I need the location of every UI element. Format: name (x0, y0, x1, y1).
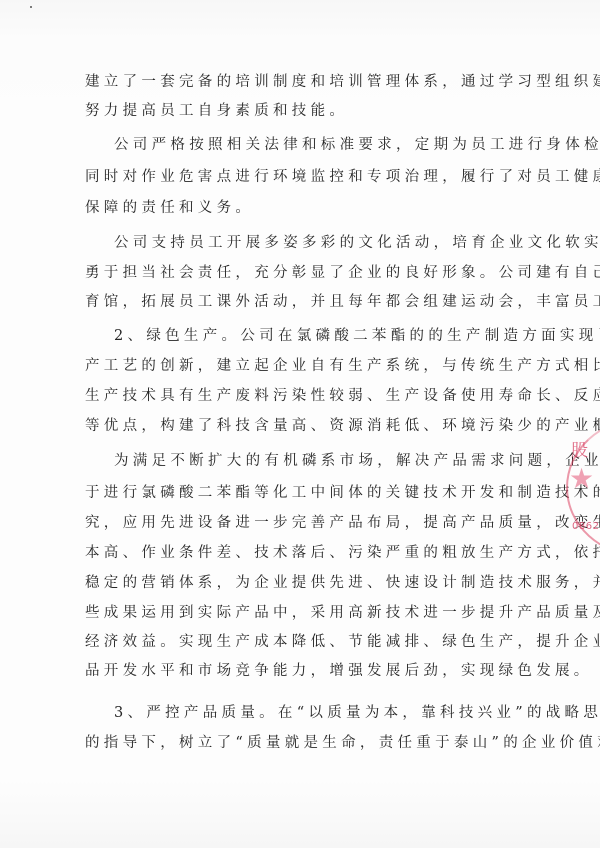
text-line: 些成果运用到实际产品中，采用高新技术进一步提升产品质量及提升 (85, 604, 600, 622)
text-line: 品开发水平和市场竞争能力，增强发展后劲，实现绿色发展。 (85, 662, 593, 680)
text-line: 于进行氯磷酸二苯酯等化工中间体的关键技术开发和制造技术的研 (85, 484, 600, 502)
text-line: 勇于担当社会责任，充分彰显了企业的良好形象。公司建有自己的体 (85, 264, 600, 282)
text-line: 同时对作业危害点进行环境监控和专项治理，履行了对员工健康进行 (85, 168, 600, 186)
text-line: 本高、作业条件差、技术落后、污染严重的粗放生产方式，依托企业 (85, 544, 600, 562)
text-line: 公司严格按照相关法律和标准要求，定期为员工进行身体检查， (114, 136, 600, 154)
text-line: 等优点，构建了科技含量高、资源消耗低、环境污染少的产业框架。 (85, 417, 600, 435)
text-line: 保障的责任和义务。 (85, 199, 254, 217)
text-line: 生产技术具有生产废料污染性较弱、生产设备使用寿命长、反应充分 (85, 387, 600, 405)
text-line: 为满足不断扩大的有机磷系市场，解决产品需求问题，企业致力 (114, 452, 600, 470)
text-line: 公司支持员工开展多姿多彩的文化活动，培育企业文化软实力， (114, 234, 600, 252)
text-line: 稳定的营销体系，为企业提供先进、快速设计制造技术服务，并把这 (85, 574, 600, 592)
star-icon: ★ (569, 462, 594, 495)
text-line: 产工艺的创新，建立起企业自有生产系统，与传统生产方式相比，该 (85, 357, 600, 375)
text-line: 2、绿色生产。公司在氯磷酸二苯酯的的生产制造方面实现了生 (114, 327, 600, 345)
text-line: 的指导下，树立了“质量就是生命，责任重于泰山”的企业价值观， (85, 734, 600, 752)
text-line: 究，应用先进设备进一步完善产品布局，提高产品质量，改变生产成 (85, 514, 600, 532)
text-line: 建立了一套完备的培训制度和培训管理体系，通过学习型组织建设， (85, 73, 600, 91)
company-seal: 股 ★ 0862 (566, 418, 600, 553)
seal-text: 股 (571, 436, 588, 461)
scan-speck (30, 6, 32, 8)
text-line: 3、严控产品质量。在“以质量为本，靠科技兴业”的战略思想 (114, 704, 600, 722)
text-line: 经济效益。实现生产成本降低、节能减排、绿色生产，提升企业的产 (85, 633, 600, 651)
document-page: 建立了一套完备的培训制度和培训管理体系，通过学习型组织建设， 努力提高员工自身素… (0, 0, 600, 848)
text-line: 努力提高员工自身素质和技能。 (85, 102, 348, 120)
seal-number: 0862 (572, 521, 599, 532)
text-line: 育馆，拓展员工课外活动，并且每年都会组建运动会，丰富员工生活。 (85, 293, 600, 311)
